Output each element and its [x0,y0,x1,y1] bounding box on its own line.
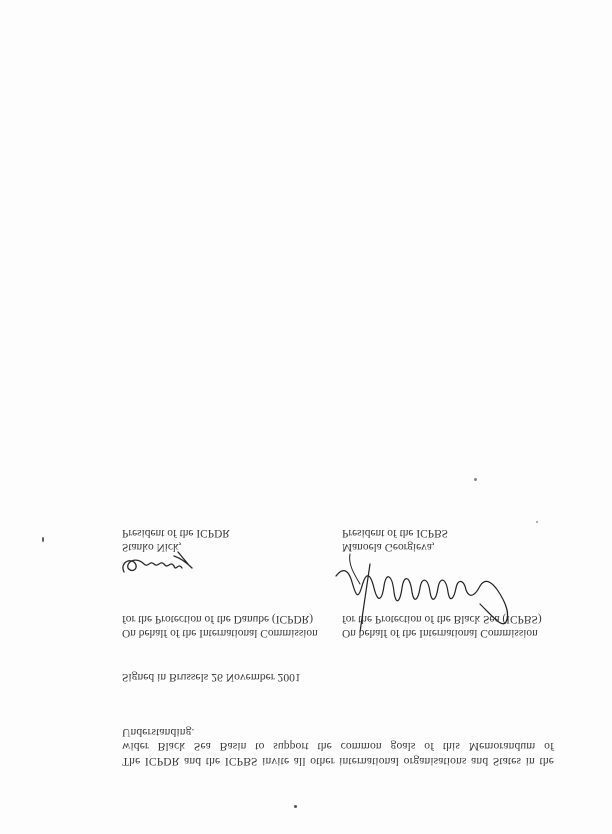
paragraph-line-2: wider Black Sea Basin to support the com… [122,739,554,754]
signatory-icpdr-behalf: On behalf of the International Commissio… [122,612,318,640]
signatory-icpbs-name-block: Manoela Georgieva, President of the ICPB… [342,526,448,554]
signatory-name: Stanko Nick, [122,540,230,554]
scan-speck [474,478,477,481]
closing-paragraph: The ICPDR and the ICPBS invite all other… [122,725,554,769]
signed-date-line: Signed in Brussels 26 November 2001 [122,671,301,684]
scan-speck [294,805,297,808]
scanned-page: The ICPDR and the ICPBS invite all other… [0,0,612,834]
behalf-line-1: On behalf of the International Commissio… [122,626,318,640]
scan-speck [42,537,44,542]
signatory-name: Manoela Georgieva, [342,540,448,554]
signatory-title: President of the ICPDR [122,526,230,540]
behalf-line-2: for the Protection of the Danube (ICPDR) [122,612,318,626]
signatory-icpdr-name-block: Stanko Nick, President of the ICPDR [122,526,230,554]
paragraph-line-1: The ICPDR and the ICPBS invite all other… [122,754,554,769]
scan-speck [536,521,538,523]
signatory-title: President of the ICPBS [342,526,448,540]
paragraph-line-3: Understanding. [122,725,554,740]
